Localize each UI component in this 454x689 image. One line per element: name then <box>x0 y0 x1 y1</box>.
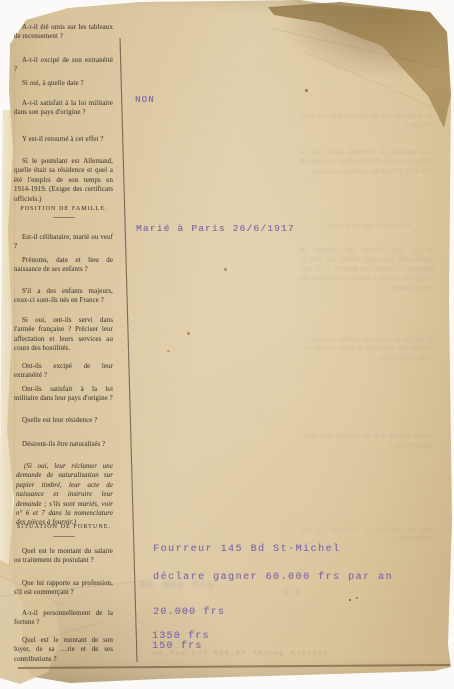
ghost-bleedthrough-header: POSITION DE FAMILLE. <box>306 224 430 230</box>
rust-speck <box>187 332 190 335</box>
question-salaire: Quel est le montant du salaire ou traite… <box>14 547 113 566</box>
note-naturalisation: (Si oui, leur réclamer une demande de na… <box>16 462 113 528</box>
question-extraneite: A-t-il excipé de son extranéité ? <box>14 56 113 75</box>
ghost-bleedthrough-text: (Si oui, leur réclamer une demande de na… <box>300 246 435 293</box>
ghost-typed-number: 1 1 <box>283 588 302 597</box>
ink-speck <box>356 597 358 599</box>
question-allemand: Si le postulant est Allemand, quelle éta… <box>14 157 113 204</box>
question-naturalises: Désirent-ils être naturalisés ? <box>14 440 113 449</box>
question-armee-francaise: Si oui, ont-ils servi dans l'armée franç… <box>14 316 113 354</box>
question-etat-civil: Est-il célibataire, marié ou veuf ? <box>14 233 113 252</box>
question-recensement: A-t-il été omis sur les tableaux de rece… <box>14 23 113 42</box>
question-loyer: Quel est le montant de son loyer, de sa … <box>14 636 113 664</box>
question-profession: Que lui rapporte sa profession, s'il est… <box>14 579 113 598</box>
section-header-fortune-rule <box>53 536 75 537</box>
ghost-typed-smudge: 60.000 frs <box>140 581 215 592</box>
ink-speck <box>349 599 351 601</box>
section-header-famille-rule <box>53 217 75 218</box>
ghost-bleedthrough-text: Ont-ils satisfait à la loi militaire dan… <box>305 432 433 451</box>
typed-answer-etat-civil: Marié à Paris 26/6/1917 <box>136 223 295 234</box>
rust-speck <box>224 268 227 271</box>
rust-speck <box>167 350 170 352</box>
question-enfants-naissance: Prénoms, date et lieu de naissance de se… <box>14 256 113 275</box>
ghost-bleedthrough-text: Si oui, ont-ils servi dans l'armée franç… <box>305 335 433 363</box>
question-enfants-extraneite: Ont-ils excipé de leur extranéité ? <box>14 362 113 381</box>
typed-answer-profession-line1: Fourreur 145 Bd St-Michel <box>153 544 341 555</box>
question-enfants-majeurs: S'il a des enfants majeurs, ceux-ci sont… <box>14 287 113 306</box>
ghost-bleedthrough-text: Si le postulant est Allemand, quelle éta… <box>300 148 435 176</box>
scanned-document-page: A-t-il été omis sur les tableaux de rece… <box>0 0 454 689</box>
question-enfants-loi-militaire: Ont-ils satisfait à la loi militaire dan… <box>14 385 113 404</box>
section-header-famille: POSITION DE FAMILLE. <box>14 206 114 212</box>
section-header-fortune: SITUATION DE FORTUNE. <box>14 524 114 530</box>
question-loi-militaire: A-t-il satisfait à la loi militaire dans… <box>14 99 113 118</box>
typed-answer-loi-militaire: NON <box>135 95 155 105</box>
question-retourne: Y est-il retourné à cet effet ? <box>14 135 113 144</box>
question-date: Si oui, à quelle date ? <box>14 79 113 88</box>
ghost-bleedthrough-text: A-t-il satisfait à la loi militaire dans… <box>302 112 434 131</box>
question-residence: Quelle est leur résidence ? <box>14 416 113 425</box>
ink-speck <box>305 89 308 92</box>
ghost-bleedthrough-typed-line: déclare gagner 60.000 frs par an <box>152 650 328 658</box>
typed-answer-fortune: 20.000 frs <box>153 607 225 618</box>
ghost-bleedthrough-text: Que lui rapporte sa profession, s'il est… <box>302 525 432 544</box>
question-fortune: A-t-il personnellement de la fortune ? <box>14 609 113 628</box>
